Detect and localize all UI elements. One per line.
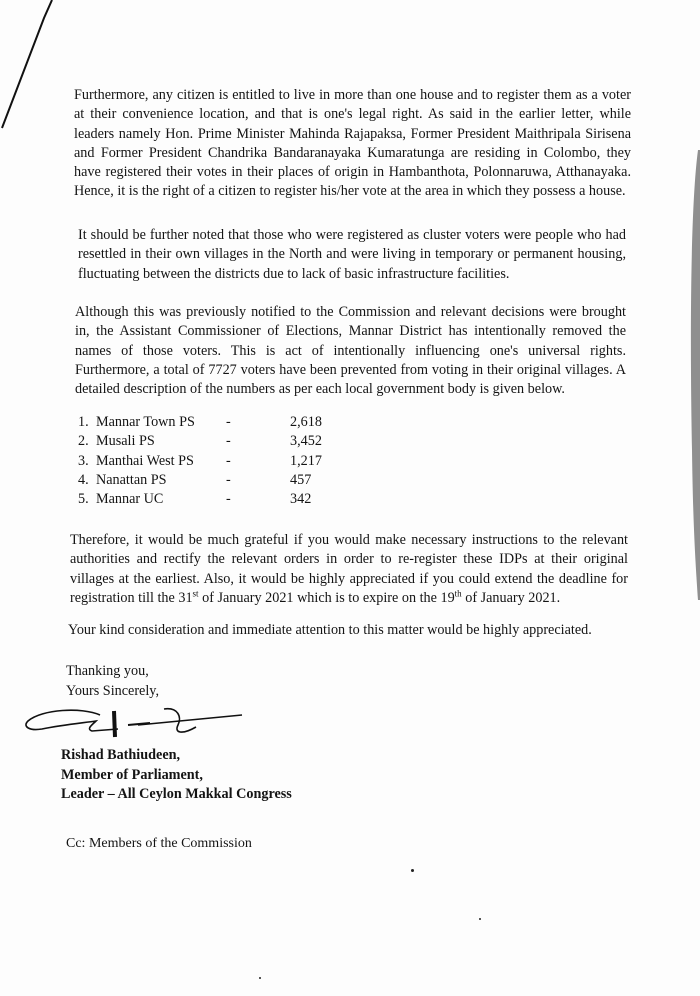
- voter-count: 3,452: [290, 432, 350, 451]
- separator: -: [226, 490, 290, 509]
- list-item: 2. Musali PS - 3,452: [78, 432, 350, 451]
- paragraph-cluster-voters: It should be further noted that those wh…: [78, 226, 626, 284]
- scan-edge-shadow: [686, 150, 700, 600]
- request-text: of January 2021 which is to expire on th…: [199, 590, 455, 606]
- letter-page: Furthermore, any citizen is entitled to …: [0, 0, 700, 996]
- separator: -: [226, 413, 290, 432]
- handwritten-signature: [22, 703, 252, 743]
- ordinal-suffix: th: [455, 588, 462, 598]
- list-number: 3.: [78, 452, 96, 471]
- list-item: 3. Manthai West PS - 1,217: [78, 452, 350, 471]
- list-number: 4.: [78, 471, 96, 490]
- list-number: 2.: [78, 432, 96, 451]
- closing-thanks: Thanking you,: [66, 662, 159, 682]
- signer-title: Member of Parliament,: [61, 766, 292, 786]
- scan-speck: [411, 869, 414, 872]
- list-number: 1.: [78, 413, 96, 432]
- signer-role: Leader – All Ceylon Makkal Congress: [61, 785, 292, 805]
- voter-count-list: 1. Mannar Town PS - 2,618 2. Musali PS -…: [78, 413, 350, 509]
- scan-edge-line: [0, 0, 80, 130]
- closing-sincerely: Yours Sincerely,: [66, 682, 159, 702]
- voter-count: 457: [290, 471, 350, 490]
- separator: -: [226, 432, 290, 451]
- local-body-name: Manthai West PS: [96, 452, 226, 471]
- closing-block: Thanking you, Yours Sincerely,: [66, 662, 159, 701]
- list-item: 1. Mannar Town PS - 2,618: [78, 413, 350, 432]
- local-body-name: Mannar Town PS: [96, 413, 226, 432]
- voter-count: 1,217: [290, 452, 350, 471]
- signer-block: Rishad Bathiudeen, Member of Parliament,…: [61, 746, 292, 805]
- paragraph-removed-voters: Although this was previously notified to…: [75, 303, 626, 399]
- paragraph-request: Therefore, it would be much grateful if …: [70, 531, 628, 608]
- list-item: 5. Mannar UC - 342: [78, 490, 350, 509]
- request-text: of January 2021.: [462, 590, 561, 606]
- signer-name: Rishad Bathiudeen,: [61, 746, 292, 766]
- cc-line: Cc: Members of the Commission: [66, 836, 252, 852]
- scan-speck: [479, 918, 481, 920]
- voter-count: 2,618: [290, 413, 350, 432]
- local-body-name: Mannar UC: [96, 490, 226, 509]
- local-body-name: Nanattan PS: [96, 471, 226, 490]
- separator: -: [226, 452, 290, 471]
- local-body-name: Musali PS: [96, 432, 226, 451]
- scan-speck: [259, 977, 261, 979]
- list-number: 5.: [78, 490, 96, 509]
- list-item: 4. Nanattan PS - 457: [78, 471, 350, 490]
- separator: -: [226, 471, 290, 490]
- paragraph-appreciation: Your kind consideration and immediate at…: [68, 621, 628, 640]
- paragraph-residency-rights: Furthermore, any citizen is entitled to …: [74, 86, 631, 202]
- voter-count: 342: [290, 490, 350, 509]
